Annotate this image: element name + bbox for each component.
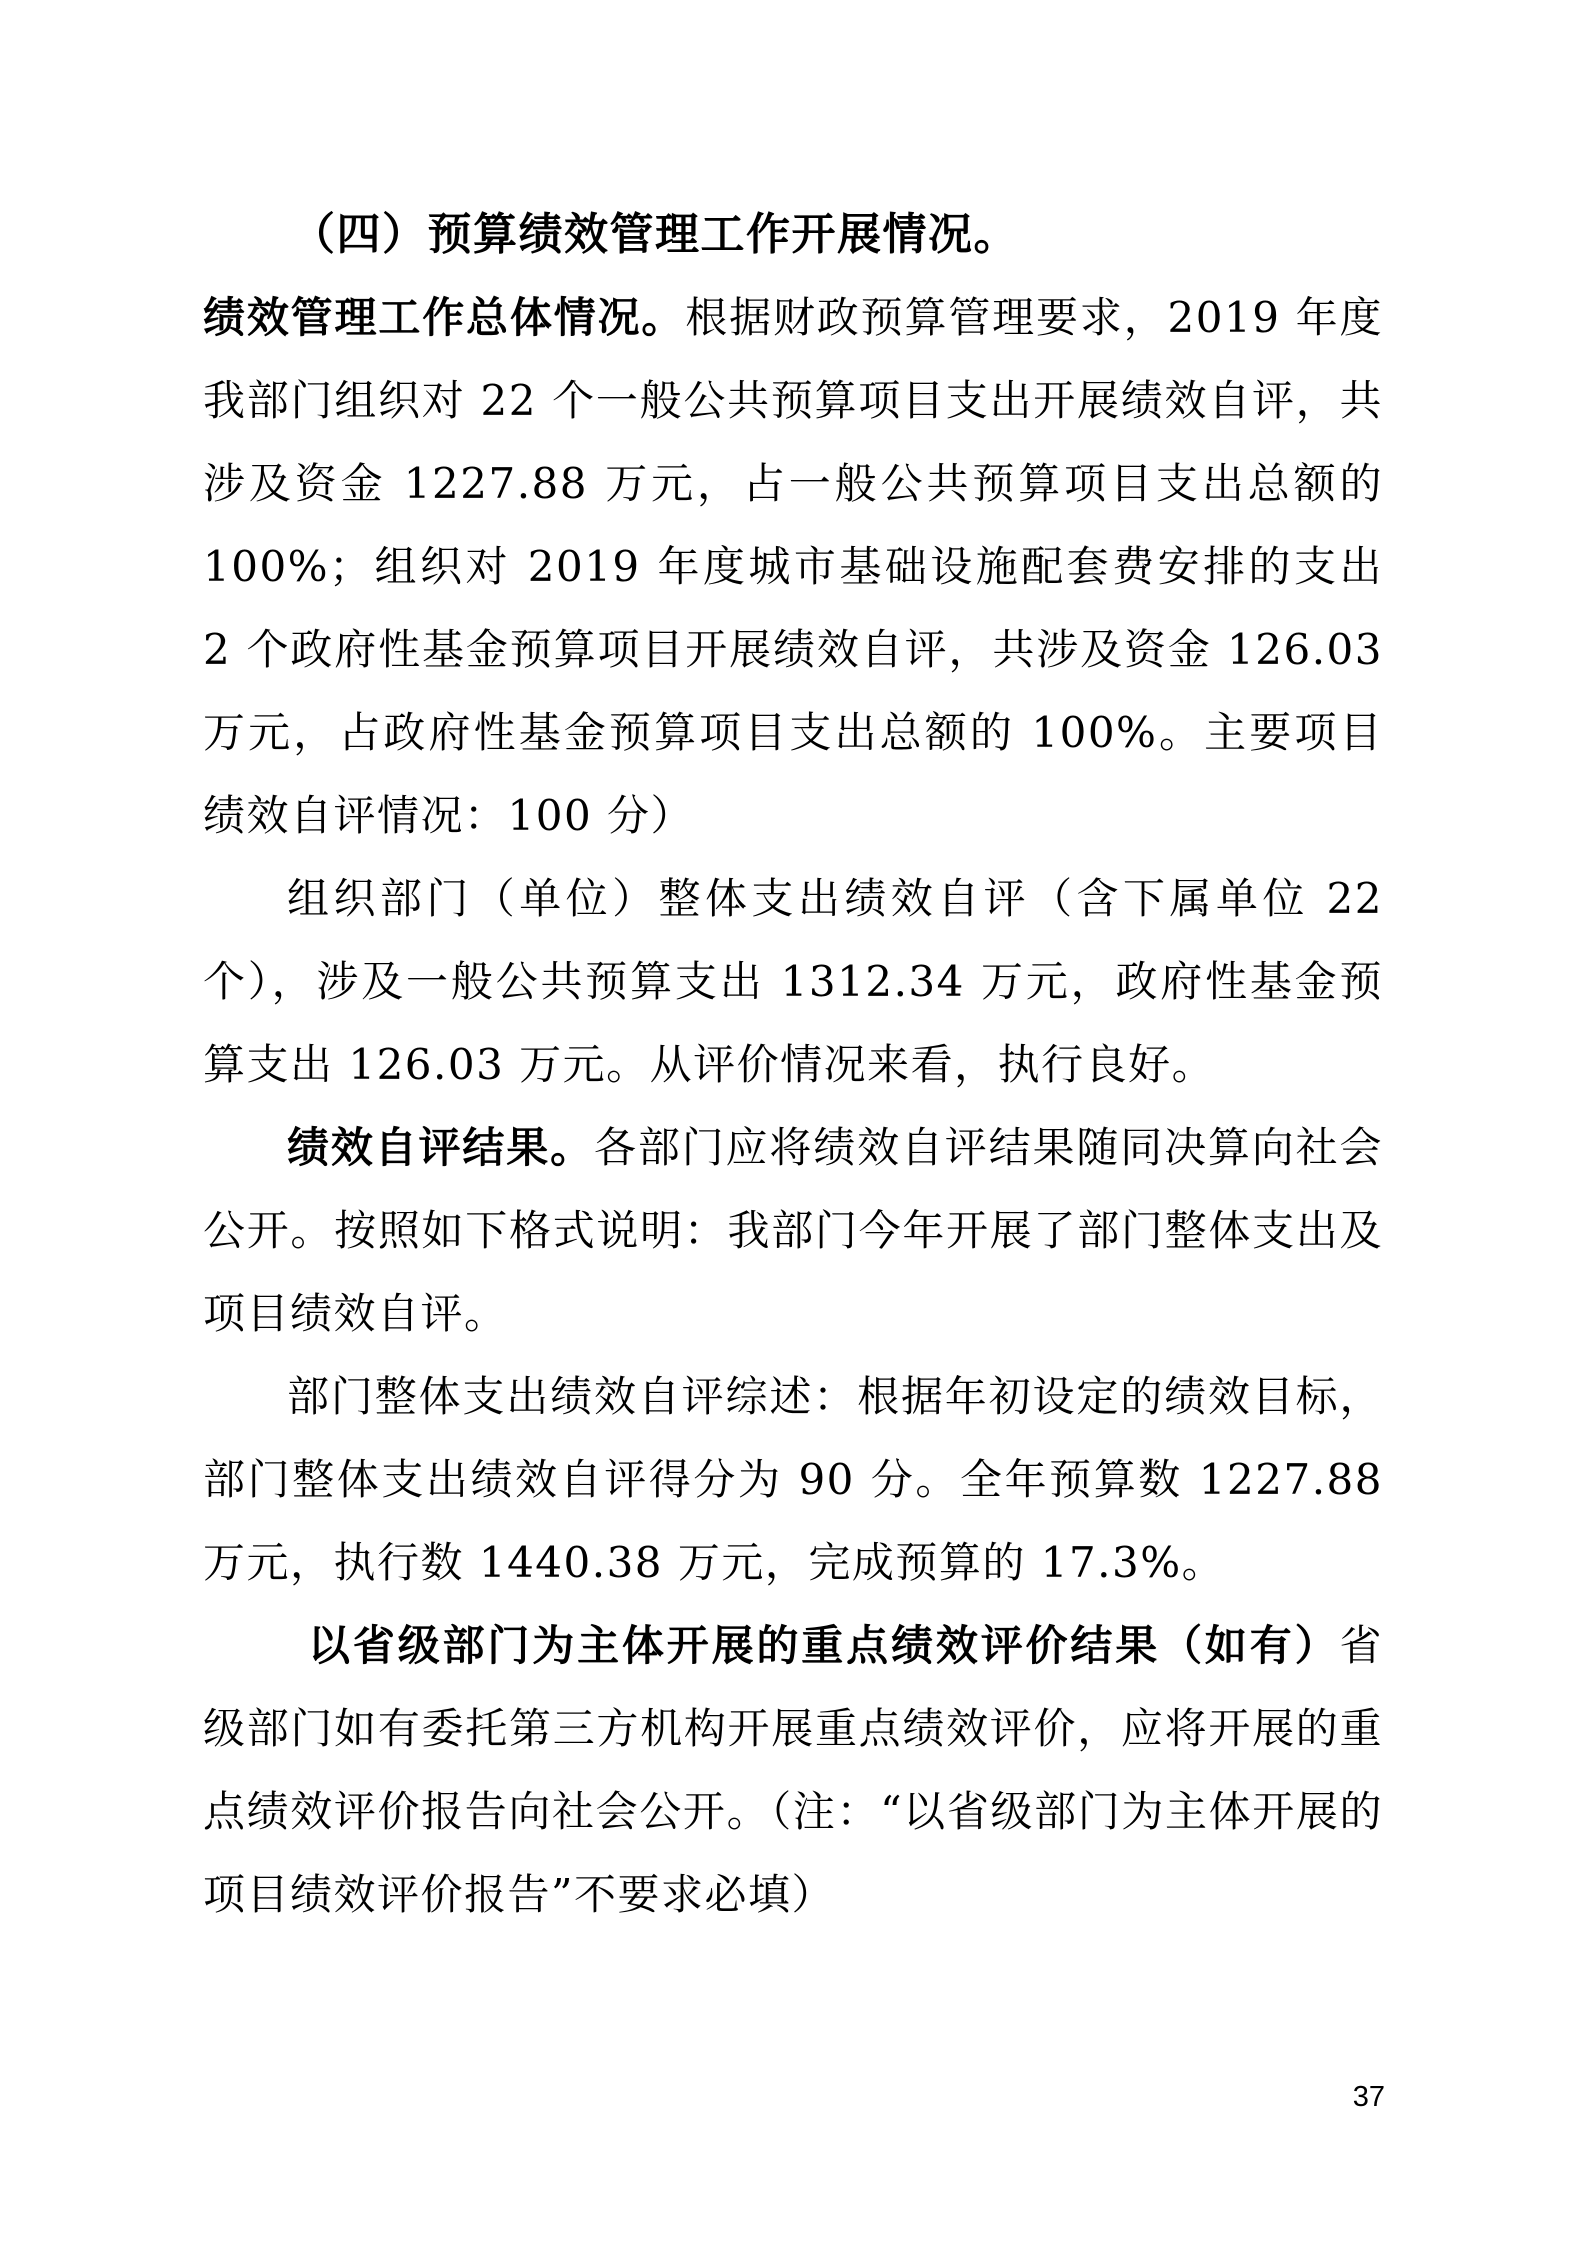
document-body: 绩效管理工作总体情况。根据财政预算管理要求，2019 年度我部门组织对 22 个…	[203, 276, 1383, 1936]
body-text: 根据财政预算管理要求，2019 年度我部门组织对 22 个一般公共预算项目支出开…	[203, 293, 1383, 840]
section-heading: （四）预算绩效管理工作开展情况。	[203, 193, 1383, 276]
emphasis-text: 以省级部门为主体开展的重点绩效评价结果（如有）	[308, 1621, 1339, 1670]
page-number: 37	[1353, 2080, 1385, 2114]
body-text: 部门整体支出绩效自评综述：根据年初设定的绩效目标，部门整体支出绩效自评得分为 9…	[203, 1372, 1383, 1587]
paragraph: 部门整体支出绩效自评综述：根据年初设定的绩效目标，部门整体支出绩效自评得分为 9…	[203, 1355, 1383, 1604]
document-page: （四）预算绩效管理工作开展情况。 绩效管理工作总体情况。根据财政预算管理要求，2…	[0, 0, 1587, 2245]
paragraph: 组织部门（单位）整体支出绩效自评（含下属单位 22 个），涉及一般公共预算支出 …	[203, 857, 1383, 1106]
emphasis-text: 绩效自评结果。	[287, 1123, 594, 1172]
emphasis-text: 绩效管理工作总体情况。	[203, 293, 685, 342]
paragraph: 以省级部门为主体开展的重点绩效评价结果（如有）省级部门如有委托第三方机构开展重点…	[203, 1604, 1383, 1936]
document-content: （四）预算绩效管理工作开展情况。 绩效管理工作总体情况。根据财政预算管理要求，2…	[203, 193, 1383, 1936]
body-text: 组织部门（单位）整体支出绩效自评（含下属单位 22 个），涉及一般公共预算支出 …	[203, 874, 1383, 1089]
paragraph: 绩效自评结果。各部门应将绩效自评结果随同决算向社会公开。按照如下格式说明：我部门…	[203, 1106, 1383, 1355]
paragraph: 绩效管理工作总体情况。根据财政预算管理要求，2019 年度我部门组织对 22 个…	[203, 276, 1383, 857]
